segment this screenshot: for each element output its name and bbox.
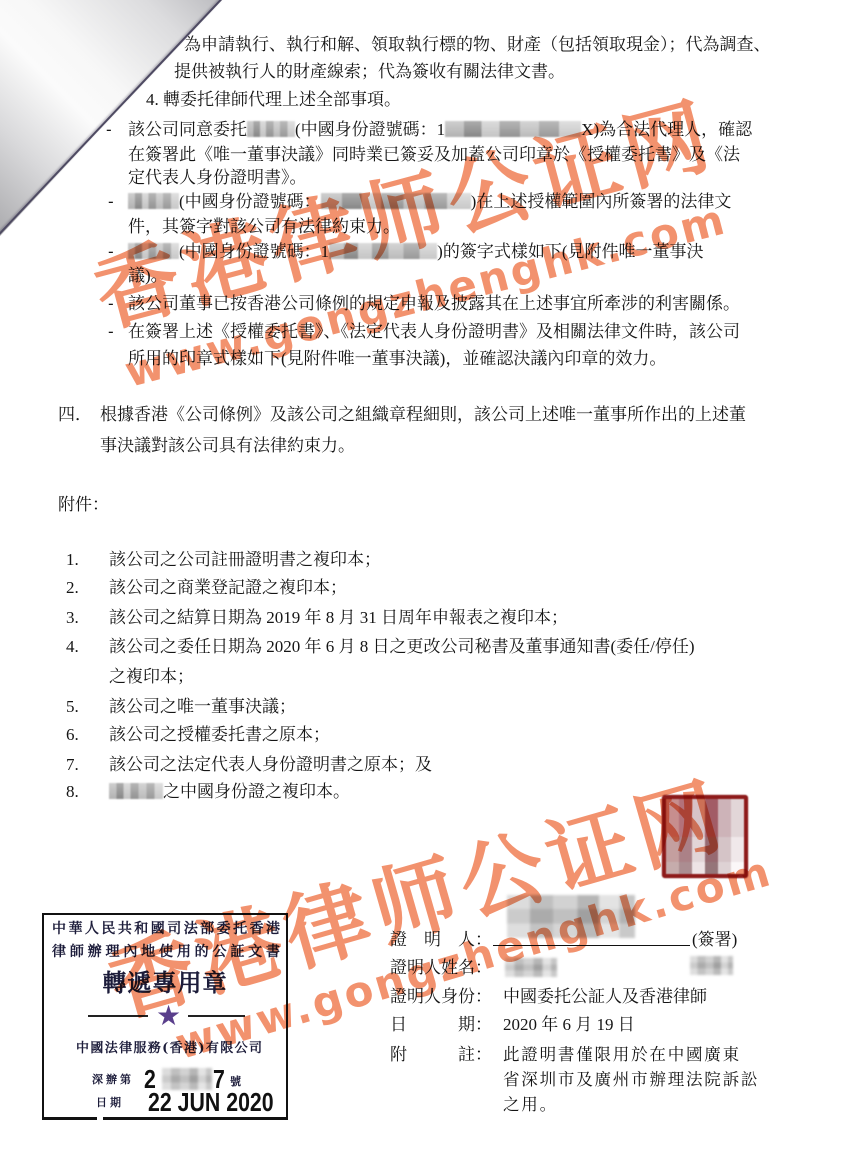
text-segment: )的簽字式樣如下(見附件唯一董事決	[437, 242, 703, 261]
bullet-marker: -	[108, 321, 114, 343]
doc-line: 在簽署此《唯一董事決議》同時業已簽妥及加蓋公司印章於《授權委托書》及《法	[128, 144, 740, 166]
text-segment: X)為合法代理人，確認	[581, 120, 752, 139]
list-item: 該公司之結算日期為 2019 年 8 月 31 日周年申報表之複印本；	[109, 607, 568, 629]
list-item-continuation: 之複印本；	[109, 666, 194, 688]
sign-suffix: (簽署)	[692, 929, 737, 951]
stamp-bottom-border	[42, 1117, 97, 1120]
list-number: 5.	[66, 696, 79, 718]
section-number: 四．	[58, 404, 92, 426]
stamp-date-value: 22 JUN 2020	[148, 1088, 274, 1116]
doc-line: 事決議對該公司具有法律約束力。	[100, 435, 355, 457]
redaction-signer-name	[505, 958, 557, 977]
doc-line: 4. 轉委托律師代理上述全部事項。	[146, 89, 401, 111]
list-number: 8.	[66, 781, 79, 803]
doc-line: (中國身份證號碼：1)的簽字式樣如下(見附件唯一董事決	[128, 241, 704, 263]
list-number: 3.	[66, 607, 79, 629]
stamp-organization: 中國法律服務(香港)有限公司	[76, 1040, 262, 1058]
document-page: 為申請執行、執行和解、領取執行標的物、財產（包括領取現金）；代為調查、 提供被執…	[0, 0, 850, 1153]
doc-line: 提供被執行人的財產線索；代為簽收有關法律文書。	[174, 61, 565, 83]
stamp-date-label: 日期	[96, 1095, 124, 1111]
doc-line: 所用的印章式樣如下(見附件唯一董事決議)，並確認決議內印章的效力。	[128, 348, 666, 370]
stamp-line2: 律師辦理內地使用的公証文書	[52, 943, 280, 961]
list-item: 該公司之商業登記證之複印本；	[109, 577, 347, 599]
redaction-id-number	[329, 243, 437, 259]
text-segment: (中國身份證號碼：1	[179, 242, 329, 261]
list-number: 7.	[66, 754, 79, 776]
note-line: 省深圳市及廣州市辦理法院訴訟	[503, 1069, 759, 1091]
name-label: 證明人姓名：	[390, 957, 492, 979]
redaction-signer-name-alt	[690, 956, 733, 975]
redaction-name	[247, 121, 295, 137]
note-label: 附 註：	[390, 1044, 492, 1066]
redaction-signature	[507, 895, 635, 938]
bullet-marker: -	[108, 293, 114, 315]
list-item: 該公司之委任日期為 2020 年 6 月 8 日之更改公司秘書及董事通知書(委任…	[109, 636, 695, 658]
attachments-heading: 附件：	[58, 494, 109, 516]
list-item: 該公司之授權委托書之原本；	[109, 724, 330, 746]
stamp-line1: 中華人民共和國司法部委托香港	[52, 920, 280, 938]
list-number: 1.	[66, 549, 79, 571]
date-label: 日 期：	[390, 1014, 492, 1036]
stamp-rule-right	[188, 1015, 245, 1017]
note-line: 此證明書僅限用於在中國廣東	[503, 1044, 741, 1066]
transfer-stamp: 中華人民共和國司法部委托香港 律師辦理內地使用的公証文書 轉遞專用章 ★ 中國法…	[42, 913, 288, 1120]
bullet-marker: -	[108, 241, 114, 263]
redaction-id-number	[321, 193, 471, 209]
list-item: 之中國身份證之複印本。	[109, 781, 350, 803]
stamp-bottom-border	[103, 1117, 288, 1120]
stamp-rule-left	[88, 1015, 148, 1017]
stamp-ref-label: 深辦第	[92, 1072, 134, 1088]
list-item: 該公司之唯一董事決議；	[109, 696, 296, 718]
list-number: 2.	[66, 577, 79, 599]
stamp-title: 轉遞專用章	[44, 969, 286, 997]
redaction-name	[128, 193, 179, 209]
bullet-marker: -	[108, 191, 114, 213]
star-icon: ★	[156, 1001, 181, 1031]
signer-label: 證 明 人：	[390, 929, 492, 951]
doc-line: 議)。	[128, 265, 168, 287]
redaction-name	[109, 783, 163, 799]
note-line: 之用。	[503, 1094, 558, 1116]
doc-line: 為申請執行、執行和解、領取執行標的物、財產（包括領取現金）；代為調查、	[184, 34, 771, 56]
doc-line: (中國身份證號碼：)在上述授權範圍內所簽署的法律文	[128, 191, 731, 213]
list-number: 4.	[66, 636, 79, 658]
list-item: 該公司之公司註冊證明書之複印本；	[109, 549, 381, 571]
doc-line: 該公司同意委托(中國身份證號碼：1X)為合法代理人，確認	[128, 119, 752, 141]
list-item: 該公司之法定代表人身份證明書之原本；及	[109, 754, 432, 776]
text-segment: (中國身份證號碼：1	[295, 120, 445, 139]
redaction-id-number	[445, 121, 581, 137]
doc-line: 在簽署上述《授權委托書》、《法定代表人身份證明書》及相關法律文件時，該公司	[128, 321, 740, 343]
date-value: 2020 年 6 月 19 日	[503, 1014, 635, 1036]
signature-line	[493, 945, 690, 946]
text-segment: 之中國身份證之複印本。	[163, 782, 350, 801]
doc-line: 定代表人身份證明書》。	[128, 167, 307, 189]
doc-line: 根據香港《公司條例》及該公司之組織章程細則，該公司上述唯一董事所作出的上述董	[100, 404, 746, 426]
text-segment: )在上述授權範圍內所簽署的法律文	[471, 192, 732, 211]
redaction-name	[128, 243, 179, 259]
list-number: 6.	[66, 724, 79, 746]
doc-line: 該公司董事已按香港公司條例的規定申報及披露其在上述事宜所牽涉的利害關係。	[128, 293, 740, 315]
identity-label: 證明人身份：	[390, 986, 492, 1008]
doc-line: 件，其簽字對該公司有法律約束力。	[128, 216, 400, 238]
identity-value: 中國委托公証人及香港律師	[503, 986, 707, 1008]
text-segment: 該公司同意委托	[128, 120, 247, 139]
text-segment: (中國身份證號碼：	[179, 192, 321, 211]
company-seal-redacted	[662, 795, 748, 878]
